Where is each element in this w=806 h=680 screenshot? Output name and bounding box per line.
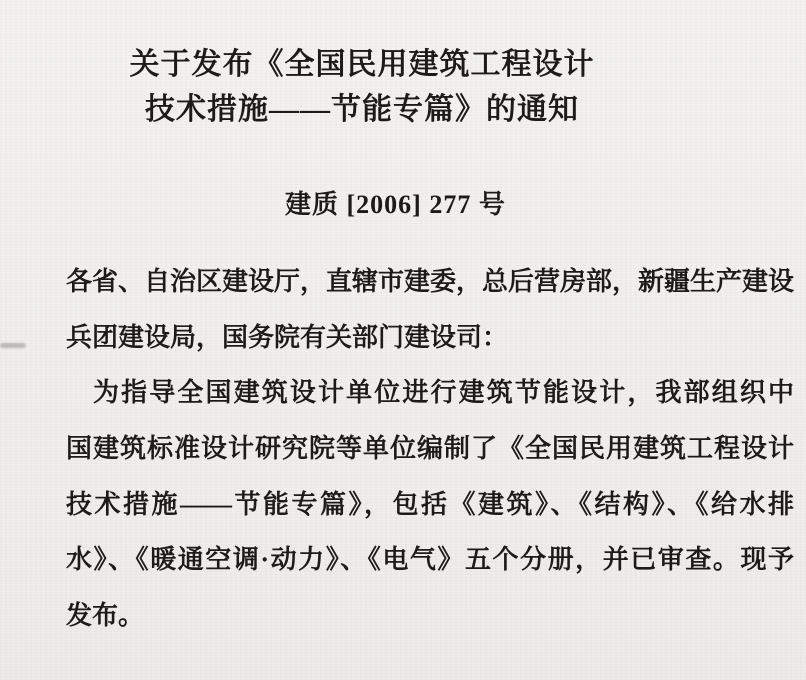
document-number: 建质 [2006] 277 号 <box>285 185 506 225</box>
body-paragraph-line: 水》、《暖通空调·动力》、《电气》五个分册，并已审查。现予 <box>66 532 794 588</box>
notice-title-line-1: 关于发布《全国民用建筑工程设计 <box>0 42 724 87</box>
addressee-line: 兵团建设局，国务院有关部门建设司： <box>66 310 794 366</box>
body-paragraph-line: 为指导全国建筑设计单位进行建筑节能设计，我部组织中 <box>66 365 794 421</box>
scanned-notice-page: 关于发布《全国民用建筑工程设计 技术措施——节能专篇》的通知 建质 [2006]… <box>0 0 806 680</box>
body-paragraph-line: 国建筑标准设计研究院等单位编制了《全国民用建筑工程设计 <box>66 421 794 477</box>
addressee-line: 各省、自治区建设厅，直辖市建委，总后营房部，新疆生产建设 <box>66 254 794 310</box>
body-paragraph-line: 技术措施——节能专篇》，包括《建筑》、《结构》、《给水排 <box>66 477 794 533</box>
body-paragraph-line: 发布。 <box>66 588 794 644</box>
notice-title: 关于发布《全国民用建筑工程设计 技术措施——节能专篇》的通知 <box>0 42 724 132</box>
notice-body: 各省、自治区建设厅，直辖市建委，总后营房部，新疆生产建设 兵团建设局，国务院有关… <box>66 254 794 644</box>
scan-smudge-artifact <box>0 343 26 348</box>
notice-title-line-2: 技术措施——节能专篇》的通知 <box>0 87 724 132</box>
